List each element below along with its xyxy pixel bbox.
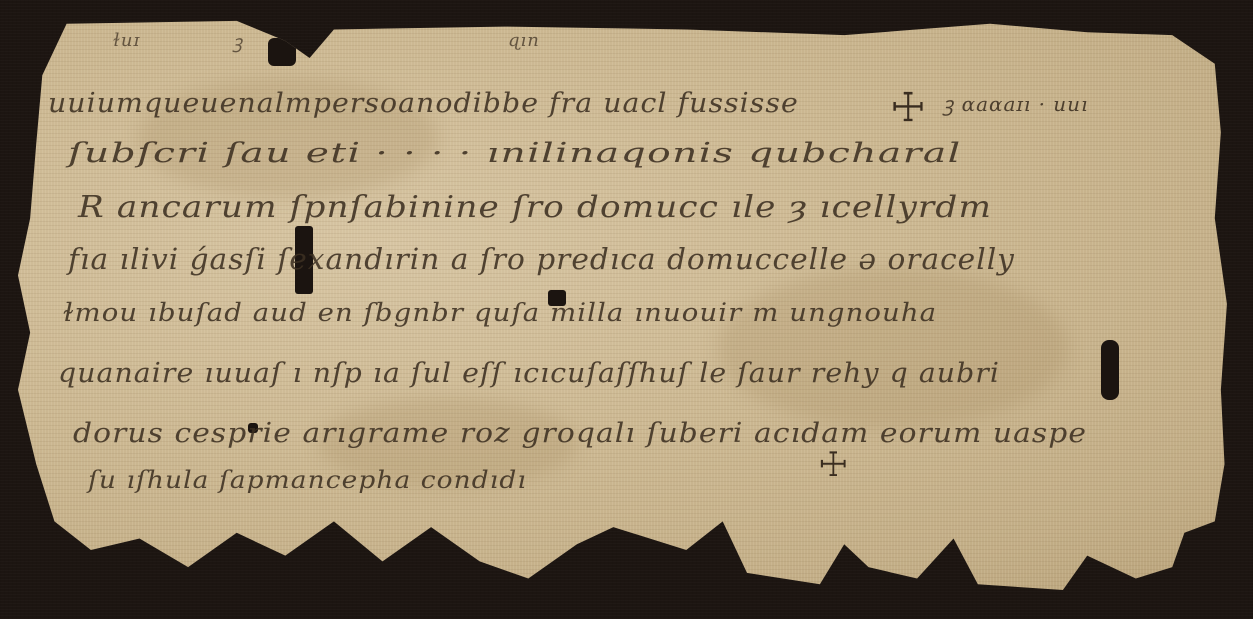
papyrus-hole [1101, 340, 1119, 400]
header-mark: ɋın [508, 30, 540, 51]
text-line-8: ſu ıſhula ſapmancepha condıdı [88, 466, 527, 494]
header-mark: ꝫ [233, 30, 243, 54]
text-line-5: ɫmou ıbuſad aud en ſbgnbr quſa milla ınu… [63, 298, 937, 327]
text-line-4: fıa ılivi ǵasſi ſexandırin a ſro predıca… [68, 242, 1015, 276]
cross-mark: ☩ [890, 88, 926, 128]
text-line-1b: ꝫ ɑaɑaɪı · uuı [943, 90, 1088, 117]
text-line-3: R ancarum ſpnſabinine ſro domucc ıle ȝ ı… [78, 190, 992, 225]
papyrus-sheet: ɫuɪ ꝫ ɋın uuiumqueuenalmpersoanodibbe fr… [18, 18, 1233, 590]
text-line-2: ſubſcri ſau eti · · · · ınilinaqonis qub… [68, 138, 962, 169]
stain [718, 268, 1068, 428]
cross-mark: ☩ [818, 448, 848, 482]
text-line-7: dorus cesprie arıgrame roz groqalı ſuber… [73, 418, 1087, 449]
text-line-6: quanaire ıuuaſ ı nſp ıa ſul eſſ ıcıcuſaſ… [58, 358, 1000, 389]
header-mark: ɫuɪ [113, 30, 140, 51]
text-line-1: uuiumqueuenalmpersoanodibbe fra uacl fus… [48, 88, 799, 119]
